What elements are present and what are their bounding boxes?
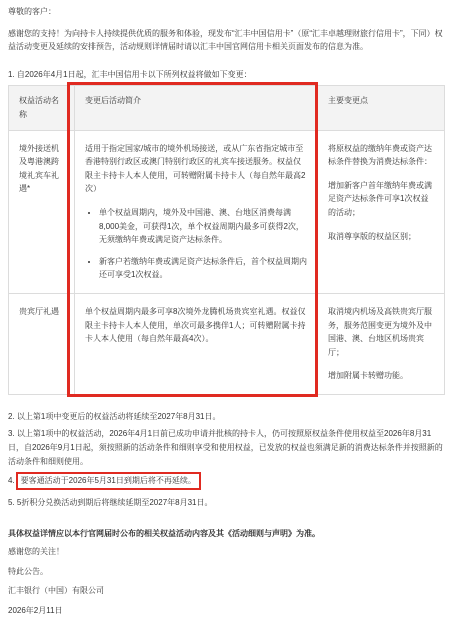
- note-item4-number: 4.: [8, 476, 15, 485]
- benefits-table: 权益活动名称 变更后活动简介 主要变更点 境外接送机及粤港澳跨境礼宾车礼遇* 适…: [8, 85, 445, 395]
- benefit-intro-cell: 单个权益周期内最多可享8次境外龙腾机场贵宾室礼遇。权益仅限主卡持卡人本人使用，单…: [75, 293, 318, 394]
- benefit-name-cell: 境外接送机及粤港澳跨境礼宾车礼遇*: [9, 130, 75, 293]
- note-item4: 4.要客通活动于2026年5月31日到期后将不再延续。: [8, 472, 445, 490]
- benefit-change-item: 取消境内机场及高铁贵宾厅服务，服务范围变更为境外及中国港、澳、台地区机场贵宾厅；: [328, 305, 434, 359]
- benefit-change-item: 取消尊享版的权益区别；: [328, 230, 434, 244]
- column-header-benefit-name: 权益活动名称: [9, 86, 75, 130]
- benefit-intro-bullet: 单个权益周期内，境外及中国港、澳、台地区消费每满8,000美金，可获得1次，单个…: [99, 206, 307, 247]
- table-row: 境外接送机及粤港澳跨境礼宾车礼遇* 适用于指定国家/城市的境外机场接送，或从广东…: [9, 130, 445, 293]
- benefit-intro-bullet-list: 单个权益周期内，境外及中国港、澳、台地区消费每满8,000美金，可获得1次，单个…: [89, 206, 307, 282]
- table-header-row: 权益活动名称 变更后活动简介 主要变更点: [9, 86, 445, 130]
- item1-heading: 1. 自2026年4月1日起，汇丰中国信用卡以下所列权益将做如下变更：: [8, 68, 445, 82]
- note-item4-text: 要客通活动于2026年5月31日到期后将不再延续。: [21, 476, 196, 485]
- benefit-change-item: 增加新客户首年缴纳年费或满足资产达标条件可享1次权益的活动；: [328, 179, 434, 220]
- footer-announcement: 特此公告。: [8, 565, 445, 579]
- note-item2: 2. 以上第1项中变更后的权益活动将延续至2027年8月31日。: [8, 410, 445, 424]
- benefit-change-item: 将原权益的缴纳年费或资产达标条件替换为消费达标条件：: [328, 142, 434, 169]
- benefits-table-wrapper: 权益活动名称 变更后活动简介 主要变更点 境外接送机及粤港澳跨境礼宾车礼遇* 适…: [8, 85, 445, 395]
- footer-thanks: 感谢您的关注！: [8, 545, 445, 559]
- note-item3: 3. 以上第1项中的权益活动，2026年4月1日前已成功申请并批核的持卡人，仍可…: [8, 427, 445, 468]
- table-row: 贵宾厅礼遇 单个权益周期内最多可享8次境外龙腾机场贵宾室礼遇。权益仅限主卡持卡人…: [9, 293, 445, 394]
- benefit-changes-cell: 取消境内机场及高铁贵宾厅服务，服务范围变更为境外及中国港、澳、台地区机场贵宾厅；…: [318, 293, 445, 394]
- column-header-changed-intro: 变更后活动简介: [75, 86, 318, 130]
- benefit-change-item: 增加附属卡转赠功能。: [328, 369, 434, 383]
- footer-company-name: 汇丰银行（中国）有限公司: [8, 584, 445, 598]
- red-highlight-box-item4: 要客通活动于2026年5月31日到期后将不再延续。: [16, 472, 201, 490]
- benefit-intro-lead: 单个权益周期内最多可享8次境外龙腾机场贵宾室礼遇。权益仅限主卡持卡人本人使用，单…: [85, 305, 307, 346]
- benefit-intro-bullet: 新客户若缴纳年费或满足资产达标条件后，首个权益周期内还可享受1次权益。: [99, 255, 307, 282]
- intro-paragraph: 感谢您的支持！为向持卡人持续提供优质的服务和体验，现发布“汇丰中国信用卡”（原“…: [8, 27, 445, 54]
- footer-date: 2026年2月11日: [8, 604, 445, 618]
- column-header-main-changes: 主要变更点: [318, 86, 445, 130]
- benefit-intro-lead: 适用于指定国家/城市的境外机场接送，或从广东省指定城市至香港特别行政区或澳门特别…: [85, 142, 307, 196]
- benefit-changes-cell: 将原权益的缴纳年费或资产达标条件替换为消费达标条件： 增加新客户首年缴纳年费或满…: [318, 130, 445, 293]
- note-item5: 5. 5折积分兑换活动到期后将继续延期至2027年8月31日。: [8, 496, 445, 510]
- benefit-name-cell: 贵宾厅礼遇: [9, 293, 75, 394]
- greeting: 尊敬的客户：: [8, 5, 445, 19]
- footer-bold-disclaimer: 具体权益详情应以本行官网届时公布的相关权益活动内容及其《活动细则与声明》为准。: [8, 527, 445, 541]
- benefit-intro-cell: 适用于指定国家/城市的境外机场接送，或从广东省指定城市至香港特别行政区或澳门特别…: [75, 130, 318, 293]
